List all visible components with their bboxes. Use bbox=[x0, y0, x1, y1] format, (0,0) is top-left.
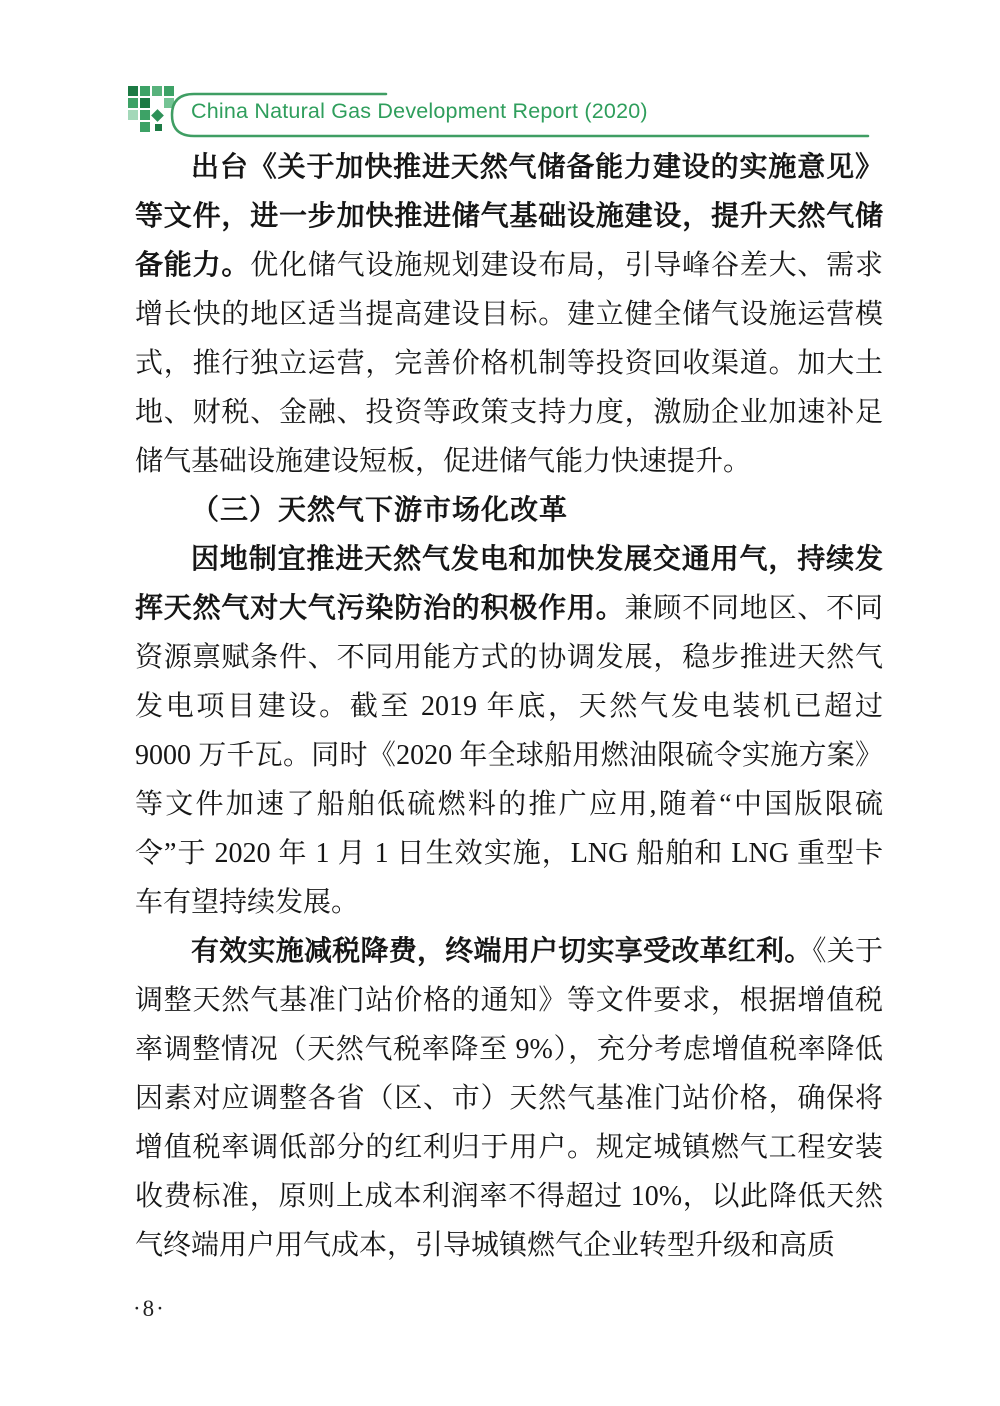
paragraph-storage: 出台《关于加快推进天然气储备能力建设的实施意见》等文件，进一步加快推进储气基础设… bbox=[135, 143, 883, 486]
document-page: China Natural Gas Development Report (20… bbox=[0, 0, 1000, 1406]
paragraph-storage-text: 优化储气设施规划建设布局，引导峰谷差大、需求增长快的地区适当提高建设目标。建立健… bbox=[135, 250, 883, 477]
paragraph-tax-reduction-text: 《关于调整天然气基准门站价格的通知》等文件要求，根据增值税率调整情况（天然气税率… bbox=[135, 936, 883, 1261]
paragraph-power-generation: 因地制宜推进天然气发电和加快发展交通用气，持续发挥天然气对大气污染防治的积极作用… bbox=[135, 535, 883, 927]
paragraph-tax-reduction-lead: 有效实施减税降费，终端用户切实享受改革红利。 bbox=[191, 936, 812, 967]
paragraph-power-generation-text: 兼顾不同地区、不同资源禀赋条件、不同用能方式的协调发展，稳步推进天然气发电项目建… bbox=[135, 593, 883, 918]
paragraph-tax-reduction: 有效实施减税降费，终端用户切实享受改革红利。《关于调整天然气基准门站价格的通知》… bbox=[135, 927, 883, 1270]
page-body: 出台《关于加快推进天然气储备能力建设的实施意见》等文件，进一步加快推进储气基础设… bbox=[135, 143, 883, 1270]
report-title: China Natural Gas Development Report (20… bbox=[191, 99, 648, 124]
page-number: ·8· bbox=[133, 1296, 166, 1322]
section-heading: （三）天然气下游市场化改革 bbox=[135, 486, 883, 535]
